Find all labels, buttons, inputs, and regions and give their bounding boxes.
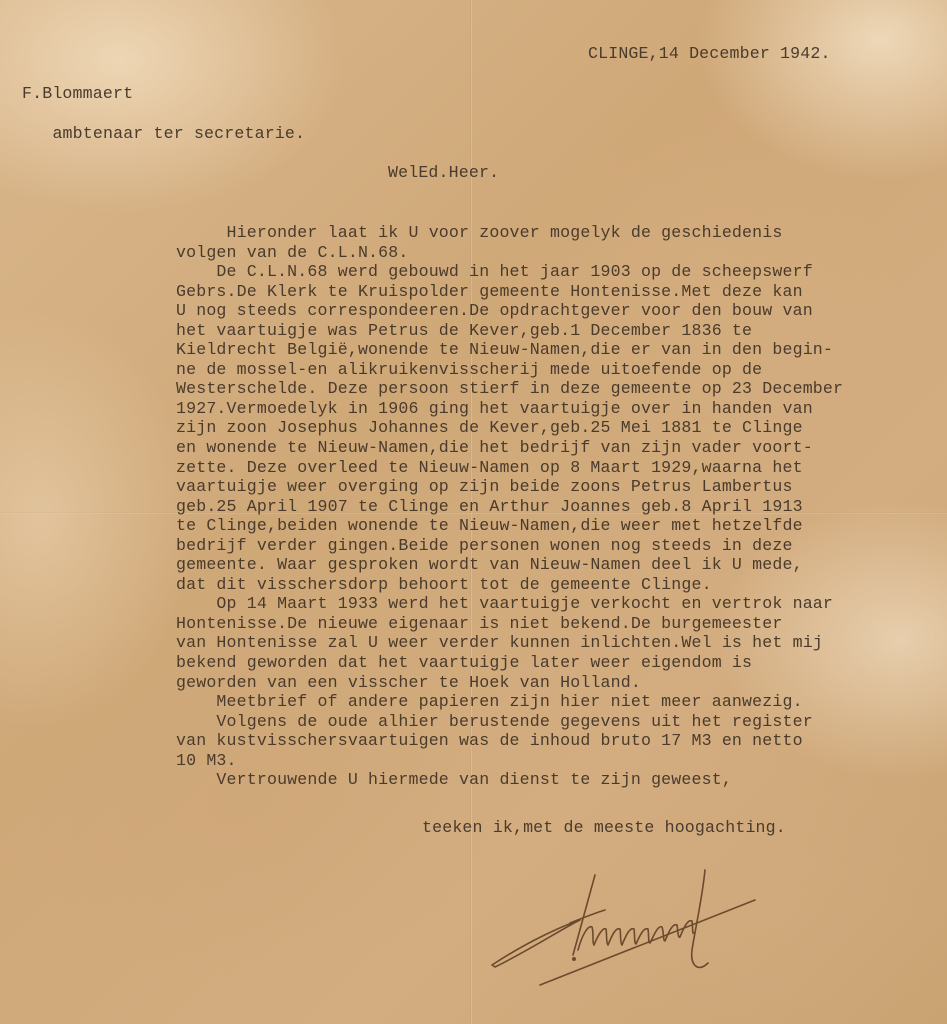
body-line: te Clinge,beiden wonende te Nieuw-Namen,… (176, 516, 843, 536)
sender-name: F.Blommaert (12, 84, 305, 104)
body-line: geworden van een visscher te Hoek van Ho… (176, 673, 843, 693)
body-line: bekend geworden dat het vaartuigje later… (176, 653, 843, 673)
body-line: Westerschelde. Deze persoon stierf in de… (176, 379, 843, 399)
body-line: De C.L.N.68 werd gebouwd in het jaar 190… (176, 262, 843, 282)
body-line: 10 M3. (176, 751, 843, 771)
body-line: ne de mossel-en alikruikenvisscherij med… (176, 360, 843, 380)
body-line: het vaartuigje was Petrus de Kever,geb.1… (176, 321, 843, 341)
body-line: gemeente. Waar gesproken wordt van Nieuw… (176, 555, 843, 575)
salutation: WelEd.Heer. (388, 163, 499, 183)
body-line: geb.25 April 1907 te Clinge en Arthur Jo… (176, 497, 843, 517)
body-line: Op 14 Maart 1933 werd het vaartuigje ver… (176, 594, 843, 614)
body-line: Meetbrief of andere papieren zijn hier n… (176, 692, 843, 712)
handwritten-signature: Blommaert (470, 855, 770, 995)
body-line: van kustvisschersvaartuigen was de inhou… (176, 731, 843, 751)
body-line: van Hontenisse zal U weer verder kunnen … (176, 633, 843, 653)
body-line: Gebrs.De Klerk te Kruispolder gemeente H… (176, 282, 843, 302)
body-line: Kieldrecht België,wonende te Nieuw-Namen… (176, 340, 843, 360)
body-line: 1927.Vermoedelyk in 1906 ging het vaartu… (176, 399, 843, 419)
body-line: dat dit visschersdorp behoort tot de gem… (176, 575, 843, 595)
letter-body: Hieronder laat ik U voor zoover mogelyk … (176, 223, 843, 790)
body-line: volgen van de C.L.N.68. (176, 243, 843, 263)
body-line: bedrijf verder gingen.Beide personen won… (176, 536, 843, 556)
body-line: Vertrouwende U hiermede van dienst te zi… (176, 770, 843, 790)
body-line: vaartuigje weer overging op zijn beide z… (176, 477, 843, 497)
body-line: U nog steeds correspondeeren.De opdracht… (176, 301, 843, 321)
sender-block: F.Blommaert ambtenaar ter secretarie. (12, 44, 305, 164)
body-line: Hieronder laat ik U voor zoover mogelyk … (176, 223, 843, 243)
body-line: Volgens de oude alhier berustende gegeve… (176, 712, 843, 732)
place-date: CLINGE,14 December 1942. (588, 44, 831, 64)
letter-page: F.Blommaert ambtenaar ter secretarie. CL… (0, 0, 947, 1024)
closing-line: teeken ik,met de meeste hoogachting. (422, 818, 786, 838)
body-line: zette. Deze overleed te Nieuw-Namen op 8… (176, 458, 843, 478)
body-line: zijn zoon Josephus Johannes de Kever,geb… (176, 418, 843, 438)
body-line: Hontenisse.De nieuwe eigenaar is niet be… (176, 614, 843, 634)
sender-title: ambtenaar ter secretarie. (52, 124, 305, 143)
body-line: en wonende te Nieuw-Namen,die het bedrij… (176, 438, 843, 458)
